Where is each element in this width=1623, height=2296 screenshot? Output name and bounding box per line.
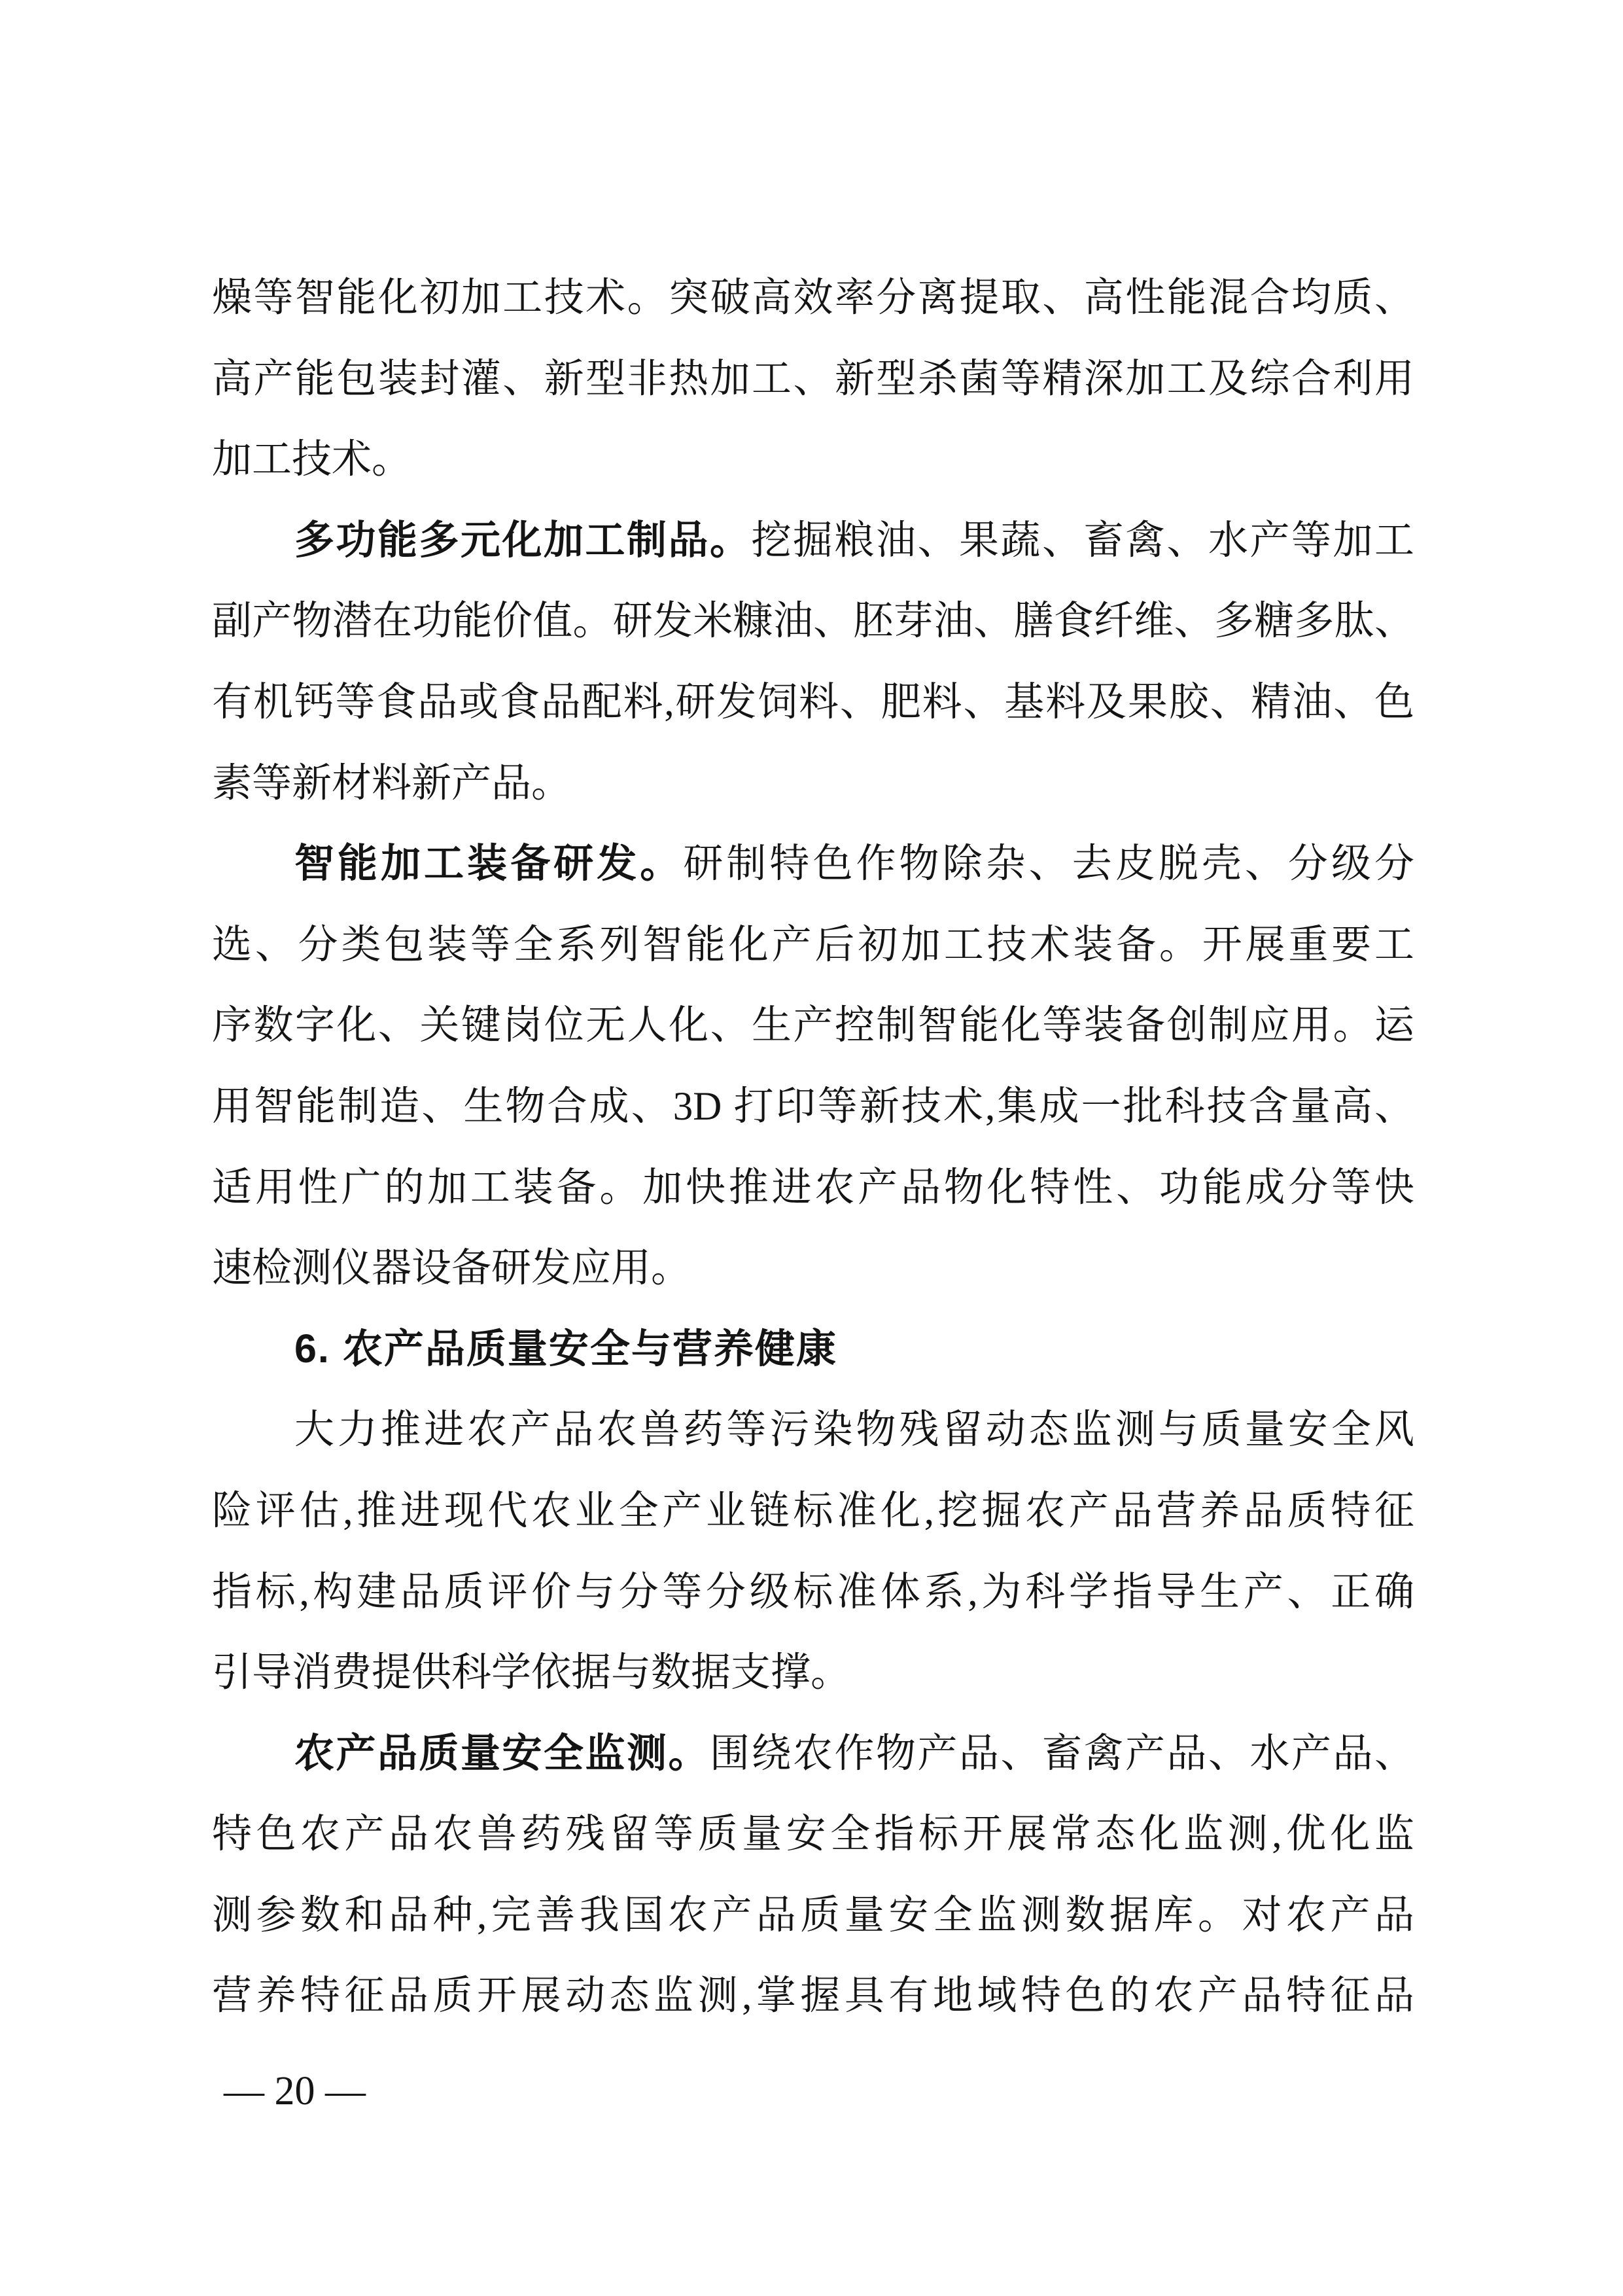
- line-text: 燥等智能化初加工技术。突破高效率分离提取、高性能混合均质、: [212, 276, 1414, 320]
- text-line: 加工技术。: [212, 419, 1414, 500]
- text-line: 险评估,推进现代农业全产业链标准化,挖掘农产品营养品质特征: [212, 1470, 1414, 1551]
- line-text: 大力推进农产品农兽药等污染物残留动态监测与质量安全风: [294, 1408, 1414, 1452]
- text-line: 特色农产品农兽药残留等质量安全指标开展常态化监测,优化监: [212, 1793, 1414, 1875]
- line-text: 险评估,推进现代农业全产业链标准化,挖掘农产品营养品质特征: [212, 1489, 1414, 1533]
- line-text: 用智能制造、生物合成、3D 打印等新技术,集成一批科技含量高、: [212, 1085, 1414, 1129]
- line-text: 加工技术。: [212, 438, 411, 482]
- line-text: 围绕农作物产品、畜禽产品、水产品、: [710, 1732, 1414, 1776]
- bold-lead-text: 多功能多元化加工制品。: [294, 518, 752, 562]
- text-line: 燥等智能化初加工技术。突破高效率分离提取、高性能混合均质、: [212, 257, 1414, 338]
- line-text: 序数字化、关键岗位无人化、生产控制智能化等装备创制应用。运: [212, 1004, 1414, 1048]
- text-block: 燥等智能化初加工技术。突破高效率分离提取、高性能混合均质、 高产能包装封灌、新型…: [212, 257, 1414, 2036]
- text-line: 测参数和品种,完善我国农产品质量安全监测数据库。对农产品: [212, 1875, 1414, 1956]
- line-text: 有机钙等食品或食品配料,研发饲料、肥料、基料及果胶、精油、色: [212, 680, 1414, 724]
- line-text: 素等新材料新产品。: [212, 762, 571, 805]
- line-text: 挖掘粮油、果蔬、畜禽、水产等加工: [752, 519, 1414, 563]
- footer-page-number: — 20 —: [224, 2069, 366, 2113]
- bold-lead-text: 农产品质量安全监测。: [294, 1731, 710, 1775]
- text-line: 指标,构建品质评价与分等分级标准体系,为科学指导生产、正确: [212, 1551, 1414, 1633]
- text-line: 有机钙等食品或食品配料,研发饲料、肥料、基料及果胶、精油、色: [212, 662, 1414, 743]
- text-line: 多功能多元化加工制品。挖掘粮油、果蔬、畜禽、水产等加工: [212, 500, 1414, 581]
- text-line: 智能加工装备研发。研制特色作物除杂、去皮脱壳、分级分: [212, 823, 1414, 904]
- text-line: 农产品质量安全监测。围绕农作物产品、畜禽产品、水产品、: [212, 1713, 1414, 1794]
- line-text: 引导消费提供科学依据与数据支撑。: [212, 1651, 850, 1695]
- line-text: 副产物潜在功能价值。研发米糠油、胚芽油、膳食纤维、多糖多肽、: [212, 599, 1414, 643]
- document-page: 燥等智能化初加工技术。突破高效率分离提取、高性能混合均质、 高产能包装封灌、新型…: [0, 0, 1623, 2296]
- text-line: 素等新材料新产品。: [212, 743, 1414, 824]
- bold-lead-text: 智能加工装备研发。: [294, 841, 683, 885]
- text-line: 速检测仪器设备研发应用。: [212, 1227, 1414, 1309]
- section-heading: 6. 农产品质量安全与营养健康: [212, 1309, 1414, 1390]
- text-line: 引导消费提供科学依据与数据支撑。: [212, 1632, 1414, 1713]
- text-line: 高产能包装封灌、新型非热加工、新型杀菌等精深加工及综合利用: [212, 338, 1414, 419]
- text-line: 选、分类包装等全系列智能化产后初加工技术装备。开展重要工: [212, 904, 1414, 985]
- line-text: 测参数和品种,完善我国农产品质量安全监测数据库。对农产品: [212, 1894, 1414, 1937]
- text-line: 大力推进农产品农兽药等污染物残留动态监测与质量安全风: [212, 1389, 1414, 1470]
- page-footer: — 20 —: [224, 2051, 366, 2132]
- text-line: 适用性广的加工装备。加快推进农产品物化特性、功能成分等快: [212, 1147, 1414, 1228]
- line-text: 速检测仪器设备研发应用。: [212, 1246, 691, 1290]
- line-text: 营养特征品质开展动态监测,掌握具有地域特色的农产品特征品: [212, 1974, 1414, 2018]
- line-text: 适用性广的加工装备。加快推进农产品物化特性、功能成分等快: [212, 1166, 1414, 1210]
- section-heading-text: 6. 农产品质量安全与营养健康: [294, 1326, 837, 1371]
- line-text: 指标,构建品质评价与分等分级标准体系,为科学指导生产、正确: [212, 1570, 1414, 1614]
- line-text: 特色农产品农兽药残留等质量安全指标开展常态化监测,优化监: [212, 1812, 1414, 1856]
- text-line: 用智能制造、生物合成、3D 打印等新技术,集成一批科技含量高、: [212, 1066, 1414, 1147]
- text-line: 副产物潜在功能价值。研发米糠油、胚芽油、膳食纤维、多糖多肽、: [212, 580, 1414, 662]
- line-text: 研制特色作物除杂、去皮脱壳、分级分: [683, 842, 1414, 886]
- line-text: 高产能包装封灌、新型非热加工、新型杀菌等精深加工及综合利用: [212, 357, 1414, 401]
- line-text: 选、分类包装等全系列智能化产后初加工技术装备。开展重要工: [212, 923, 1414, 967]
- text-line: 营养特征品质开展动态监测,掌握具有地域特色的农产品特征品: [212, 1955, 1414, 2036]
- text-line: 序数字化、关键岗位无人化、生产控制智能化等装备创制应用。运: [212, 985, 1414, 1066]
